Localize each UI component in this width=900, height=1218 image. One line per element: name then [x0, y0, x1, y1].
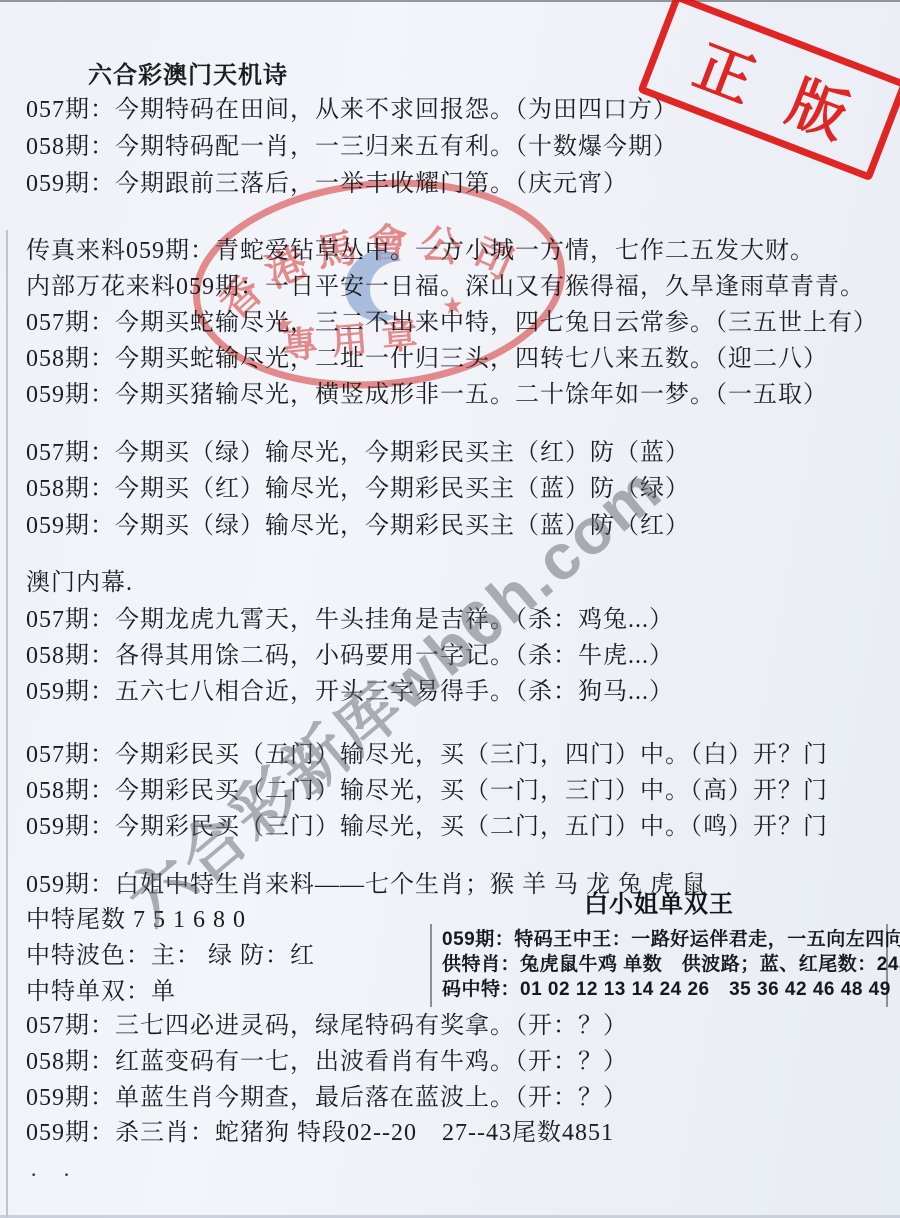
fax-line: 传真来料059期：青蛇爱钻草丛中。一方小城一方情，七作二五发大财。	[26, 230, 815, 265]
poem-title: 六合彩澳门天机诗	[88, 55, 288, 90]
color-tip-line: 057期：今期买（绿）输尽光，今期彩民买主（红）防（蓝）	[26, 432, 690, 467]
fax-line: 内部万花来料059期：一日平安一日福。深山又有猴得福，久旱逢雨草青青。	[26, 266, 865, 301]
white-lady-box-line: 供特肖：兔虎鼠牛鸡 单数 供波路；蓝、红尾数：2459	[442, 952, 880, 977]
baijie-left-line: 中特单双：单	[26, 971, 176, 1006]
macau-line: 059期：五六七八相合近，开头三字易得手。（杀：狗马...）	[26, 671, 674, 706]
white-lady-box-body: 059期：特码王中王：一路好运伴君走，一五向左四向右 供特肖：兔虎鼠牛鸡 单数 …	[430, 924, 888, 1007]
final-line: 059期：杀三肖：蛇猪狗 特段02--20 27--43尾数4851	[26, 1112, 614, 1147]
poem-line: 057期：今期特码在田间，从来不求回报怨。（为田四口方）	[26, 89, 678, 124]
final-line: 059期：单蓝生肖今期查，最后落在蓝波上。（开：？）	[26, 1077, 628, 1112]
white-lady-box-line: 059期：特码王中王：一路好运伴君走，一五向左四向右	[442, 927, 880, 952]
white-lady-box: 白小姐单双王 059期：特码王中王：一路好运伴君走，一五向左四向右 供特肖：兔虎…	[430, 884, 888, 1007]
scanned-lottery-sheet: 香港馬會公司 ★ ★ 專用章 六合彩澳门天机诗 057期：今期特码在田间，从来不…	[0, 0, 900, 1218]
color-tip-line: 059期：今期买（绿）输尽光，今期彩民买主（蓝）防（红）	[26, 505, 690, 540]
final-line: 057期：三七四必进灵码，绿尾特码有奖拿。（开：？）	[26, 1005, 628, 1040]
macau-title: 澳门内幕.	[26, 562, 133, 597]
macau-line: 057期：今期龙虎九霄天，牛头挂角是吉祥。（杀：鸡兔...）	[26, 599, 674, 634]
fax-line: 058期：今期买蛇输尽光，二址一什归三头，四转七八来五数。（迎二八）	[26, 338, 828, 373]
door-line: 057期：今期彩民买（五门）输尽光，买（三门，四门）中。（白）开？门	[26, 734, 828, 769]
white-lady-box-title: 白小姐单双王	[430, 884, 888, 919]
poem-line: 059期：今期跟前三落后，一举丰收耀门第。（庆元宵）	[26, 163, 628, 198]
poem-line: 058期：今期特码配一肖，一三归来五有利。（十数爆今期）	[26, 126, 678, 161]
fax-line: 057期：今期买蛇输尽光，三二不出来中特，四七兔日云常参。（三五世上有）	[26, 302, 878, 337]
baijie-left-line: 中特波色：主： 绿 防：红	[26, 935, 315, 970]
fax-line: 059期：今期买猪输尽光，横竖成形非一五。二十馀年如一梦。（一五取）	[26, 374, 828, 409]
footer-dots: · ·	[30, 1162, 80, 1188]
document-text-layer: 六合彩澳门天机诗 057期：今期特码在田间，从来不求回报怨。（为田四口方） 05…	[0, 0, 900, 1218]
door-line: 058期：今期彩民买（二门）输尽光，买（一门，三门）中。（高）开？门	[26, 770, 828, 805]
color-tip-line: 058期：今期买（红）输尽光，今期彩民买主（蓝）防（绿）	[26, 468, 690, 503]
white-lady-box-line: 码中特：01 02 12 13 14 24 26 35 36 42 46 48 …	[442, 977, 880, 1002]
baijie-left-line: 中特尾数 7 5 1 6 8 0	[26, 899, 246, 934]
macau-line: 058期：各得其用馀二码，小码要用一字记。（杀：牛虎...）	[26, 635, 674, 670]
final-line: 058期：红蓝变码有一七，出波看肖有牛鸡。（开：？）	[26, 1041, 628, 1076]
door-line: 059期：今期彩民买（三门）输尽光，买（二门，五门）中。（鸣）开？门	[26, 806, 828, 841]
